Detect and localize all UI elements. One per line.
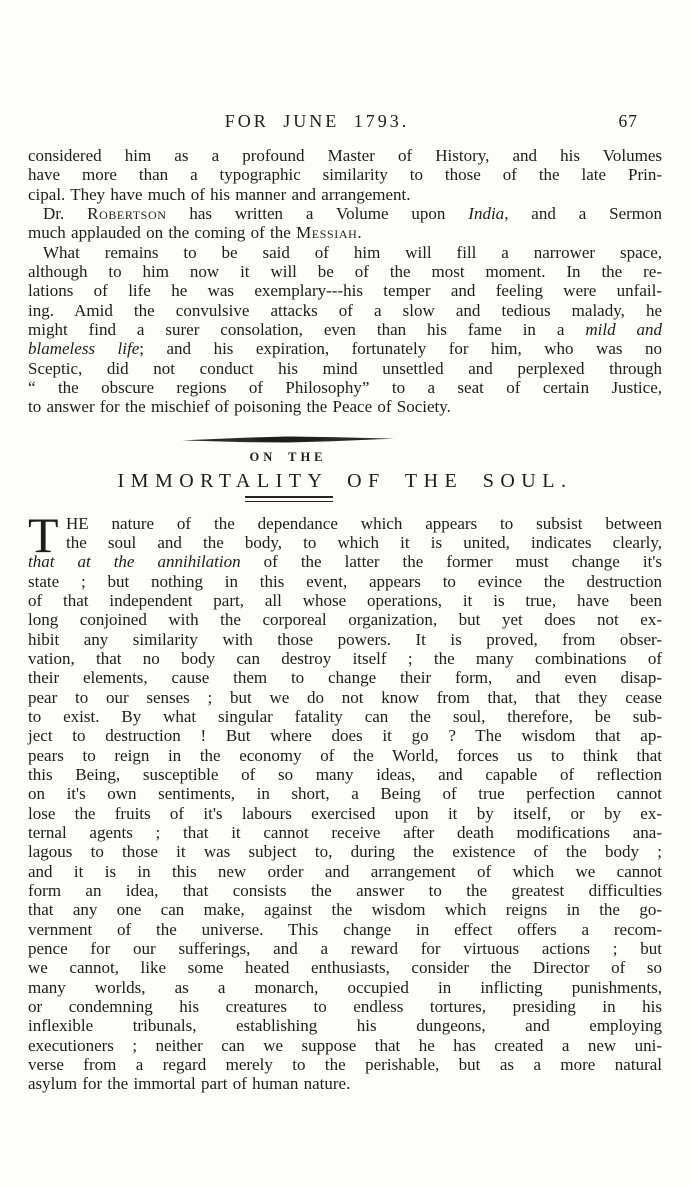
scanned-book-page: FOR JUNE 1793. 67 considered him as a pr… [0,0,692,1187]
text-line: considered him as a profound Master of H… [28,146,662,165]
text-line: asylum for the immortal part of human na… [28,1074,662,1093]
text-line: ternal agents ; that it cannot receive a… [28,823,662,842]
text-line: pear to our senses ; but we do not know … [28,688,662,707]
paragraph: considered him as a profound Master of H… [28,146,662,204]
italic-text: that at the annihilation [28,552,241,571]
text-line: form an idea, that consists the answer t… [28,881,662,900]
text-line: pears to reign in the economy of the Wor… [28,746,662,765]
small-caps-text: Messiah [296,223,357,242]
text-line: we cannot, like some heated enthusiasts,… [28,958,662,977]
text-line: lations of life he was exemplary---his t… [28,281,662,300]
text-line: hibit any similarity with those powers. … [28,630,662,649]
small-caps-text: Robertson [87,204,166,223]
text-column: considered him as a profound Master of H… [28,146,662,1094]
title-double-rule [245,496,333,502]
text-line: although to him now it will be of the mo… [28,262,662,281]
text-line: “ the obscure regions of Philosophy” to … [28,378,662,397]
text-line: might find a surer consolation, even tha… [28,320,662,339]
text-line: to exist. By what singular fatality can … [28,707,662,726]
text-line: the soul and the body, to which it is un… [66,533,662,552]
text-line: What remains to be said of him will fill… [28,243,662,262]
text-line: cipal. They have much of his manner and … [28,185,662,204]
text-line: lose the fruits of it's labours exercise… [28,804,662,823]
paragraph: Dr. Robertson has written a Volume upon … [28,204,662,243]
text-line: pence for our sufferings, and a reward f… [28,939,662,958]
paragraph: What remains to be said of him will fill… [28,243,662,417]
paragraph: THE nature of the dependance which appea… [28,514,662,1094]
text-line: HE nature of the dependance which appear… [66,514,662,533]
drop-cap-letter: T [28,515,64,555]
text-line: ject to destruction ! But where does it … [28,726,662,745]
text-line: long conjoined with the corporeal organi… [28,610,662,629]
article-title: IMMORTALITY OF THE SOUL. [28,472,662,491]
text-line: that any one can make, against the wisdo… [28,900,662,919]
text-line: and it is in this new order and arrangem… [28,862,662,881]
text-line: on it's own sentiments, in short, a Bein… [28,784,662,803]
text-line: of that independent part, all whose oper… [28,591,662,610]
section-subheading: ON THE [0,448,605,467]
journal-issue-title: FOR JUNE 1793. [0,111,634,132]
text-line: verse from a regard merely to the perish… [28,1055,662,1074]
text-line: much applauded on the coming of the Mess… [28,223,662,242]
text-line: this Being, susceptible of so many ideas… [28,765,662,784]
text-line: many worlds, as a monarch, occupied in i… [28,978,662,997]
text-line: state ; but nothing in this event, appea… [28,572,662,591]
text-line: Sceptic, did not conduct his mind unsett… [28,359,662,378]
text-line: ing. Amid the convulsive attacks of a sl… [28,301,662,320]
text-line: executioners ; neither can we suppose th… [28,1036,662,1055]
text-line: inflexible tribunals, establishing his d… [28,1016,662,1035]
italic-text: blameless life [28,339,139,358]
italic-text: India [468,204,504,223]
text-line: lagous to those it was subject to, durin… [28,842,662,861]
page-number: 67 [619,111,639,132]
swelled-rule-ornament [182,427,394,435]
text-line: to answer for the mischief of poisoning … [28,397,662,416]
text-line: that at the annihilation of the latter t… [28,552,662,571]
text-line: have more than a typographic similarity … [28,165,662,184]
text-line: or condemning his creatures to endless t… [28,997,662,1016]
text-line: their elements, cause them to change the… [28,668,662,687]
text-line: vernment of the universe. This change in… [28,920,662,939]
italic-text: mild and [585,320,662,339]
text-line: Dr. Robertson has written a Volume upon … [28,204,662,223]
text-line: blameless life; and his expiration, fort… [28,339,662,358]
running-head: FOR JUNE 1793. 67 [28,111,662,135]
text-line: vation, that no body can destroy itself … [28,649,662,668]
